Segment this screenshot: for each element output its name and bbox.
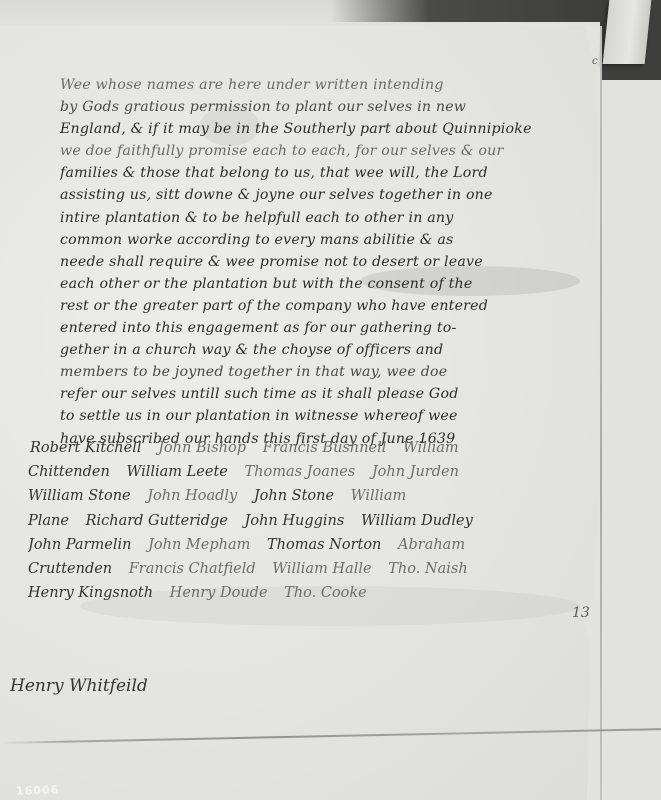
signature-row: John Parmelin John Mepham Thomas Norton … — [28, 533, 598, 557]
signature: Plane — [28, 513, 69, 529]
text-line: each other or the plantation but with th… — [60, 273, 600, 295]
signature: William Dudley — [361, 513, 473, 529]
text-line: common worke according to every mans abi… — [60, 229, 600, 251]
signature: John Parmelin — [28, 537, 131, 553]
text-line: intire plantation & to be helpfull each … — [60, 207, 600, 229]
signature: Thomas Joanes — [244, 464, 355, 480]
text-line: refer our selves untill such time as it … — [60, 383, 600, 405]
signature: John Huggins — [245, 513, 345, 529]
signature: Tho. Cooke — [284, 585, 367, 601]
corner-mark: c — [592, 56, 598, 67]
signature: Chittenden — [28, 464, 110, 480]
text-line: England, & if it may be in the Southerly… — [60, 118, 600, 140]
signature: John Mepham — [148, 537, 250, 553]
signature: John Hoadly — [147, 488, 237, 504]
signature: Robert Kitchell — [30, 440, 142, 456]
signature: William — [403, 440, 459, 456]
text-line: families & those that belong to us, that… — [60, 162, 600, 184]
signature: John Stone — [254, 488, 334, 504]
text-line: entered into this engagement as for our … — [60, 317, 600, 339]
signature-row: Plane Richard Gutteridge John Huggins Wi… — [28, 509, 598, 533]
signature: Henry Doude — [170, 585, 268, 601]
final-signature: Henry Whitfeild — [10, 676, 148, 696]
signature: Henry Kingsnoth — [28, 585, 153, 601]
signature: Francis Chatfield — [129, 561, 256, 577]
signature: William Halle — [272, 561, 371, 577]
signature-row: Robert Kitchell John Bishop Francis Bush… — [28, 436, 598, 460]
signature: Francis Bushnell — [263, 440, 387, 456]
signature: William Leete — [126, 464, 227, 480]
archive-number: 16006 — [16, 783, 60, 798]
signature: Abraham — [398, 537, 465, 553]
signature-row: William Stone John Hoadly John Stone Wil… — [28, 484, 598, 508]
text-line: by Gods gratious permission to plant our… — [60, 96, 600, 118]
signature: William Stone — [28, 488, 131, 504]
text-line: assisting us, sitt downe & joyne our sel… — [60, 184, 600, 206]
signature: William — [351, 488, 407, 504]
signature: Thomas Norton — [267, 537, 381, 553]
signature: John Jurden — [372, 464, 459, 480]
signature-list: Robert Kitchell John Bishop Francis Bush… — [28, 436, 598, 605]
text-line: rest or the greater part of the company … — [60, 295, 600, 317]
signature: Richard Gutteridge — [86, 513, 228, 529]
signature: Tho. Naish — [388, 561, 467, 577]
text-line: to settle us in our plantation in witnes… — [60, 405, 600, 427]
signature: Cruttenden — [28, 561, 112, 577]
margin-mark: 13 — [572, 605, 590, 621]
paperweight-block — [603, 0, 652, 64]
signature-row: Henry Kingsnoth Henry Doude Tho. Cooke — [28, 581, 598, 605]
text-line: gether in a church way & the choyse of o… — [60, 339, 600, 361]
signature-row: Chittenden William Leete Thomas Joanes J… — [28, 460, 598, 484]
page-edge — [600, 26, 602, 800]
text-line: we doe faithfully promise each to each, … — [60, 140, 600, 162]
signature: John Bishop — [158, 440, 246, 456]
text-line: Wee whose names are here under written i… — [60, 74, 600, 96]
covenant-text: Wee whose names are here under written i… — [60, 74, 600, 450]
text-line: neede shall require & wee promise not to… — [60, 251, 600, 273]
text-line: members to be joyned together in that wa… — [60, 361, 600, 383]
signature-row: Cruttenden Francis Chatfield William Hal… — [28, 557, 598, 581]
